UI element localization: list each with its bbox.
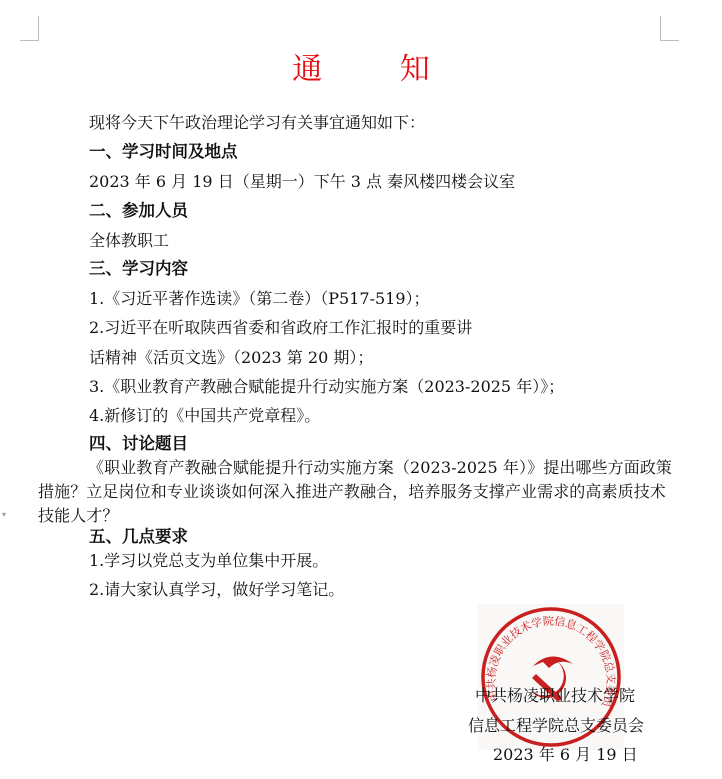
section-1-line: 2023 年 6 月 19 日（星期一）下午 3 点 秦风楼四楼会议室 [89,172,515,192]
section-3-item-4: 4.新修订的《中国共产党章程》。 [89,406,320,426]
signature-date: 2023 年 6 月 19 日 [493,742,638,765]
section-4-paragraph: 《职业教育产教融合赋能提升行动实施方案（2023-2025 年）》提出哪些方面政… [38,456,678,528]
section-1-heading: 一、学习时间及地点 [89,142,238,162]
signature-org-line-2: 信息工程学院总支委员会 [468,713,644,736]
section-2-heading: 二、参加人员 [89,201,188,221]
section-5-item-2: 2.请大家认真学习，做好学习笔记。 [89,580,344,600]
section-3-item-3: 3.《职业教育产教融合赋能提升行动实施方案（2023-2025 年）》； [89,377,564,397]
section-4-heading: 四、讨论题目 [89,434,188,454]
signature-org-line-1: 中共杨凌职业技术学院 [475,683,635,706]
section-3-item-2a: 2.习近平在听取陕西省委和省政府工作汇报时的重要讲 [89,318,472,338]
document-title: 通 知 [0,44,722,88]
page-corner-mark-top-left [20,16,39,41]
section-3-heading: 三、学习内容 [89,259,188,279]
intro-text: 现将今天下午政治理论学习有关事宜通知如下： [89,113,425,133]
section-3-item-1: 1.《习近平著作选读》（第二卷）（P517-519）； [89,289,430,309]
page-corner-mark-top-right [660,16,679,41]
section-3-item-2b: 话精神《活页文选》（2023 第 20 期）； [89,348,373,368]
section-2-line: 全体教职工 [89,231,169,251]
paragraph-marker-icon: ▾ [2,510,6,519]
section-5-item-1: 1.学习以党总支为单位集中开展。 [89,551,328,571]
section-5-heading: 五、几点要求 [89,527,188,547]
